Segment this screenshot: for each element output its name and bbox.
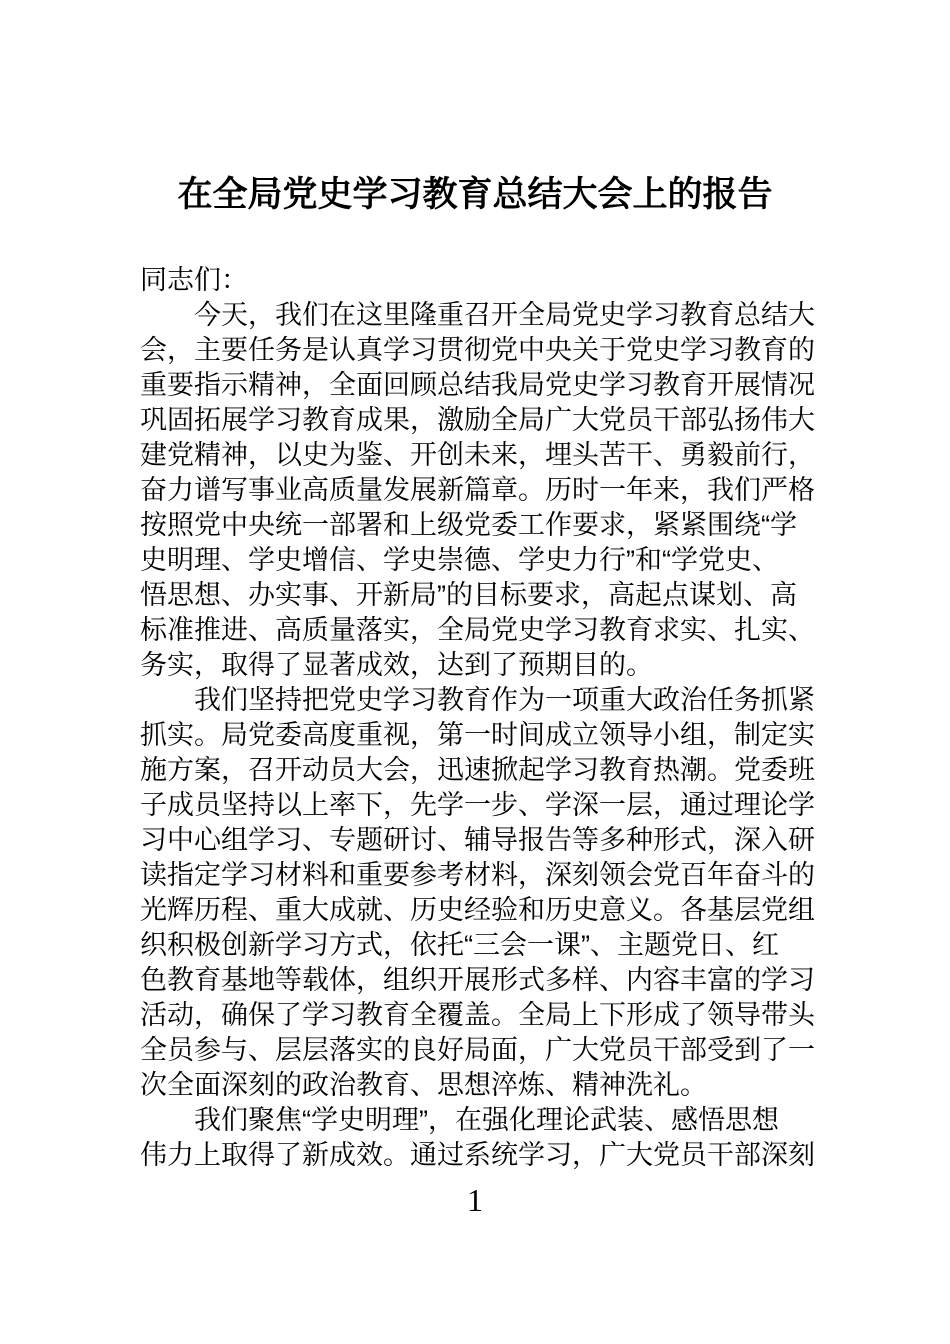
document-title: 在全局党史学习教育总结大会上的报告 (0, 170, 950, 220)
document-body: 同志们： 今天，我们在这里隆重召开全局党史学习教育总结大 会，主要任务是认真学习… (140, 263, 816, 1173)
paragraph-opening: 今天，我们在这里隆重召开全局党史学习教育总结大 会，主要任务是认真学习贯彻党中央… (140, 298, 816, 683)
page-number: 1 (0, 1183, 950, 1218)
document-page: 在全局党史学习教育总结大会上的报告 同志们： 今天，我们在这里隆重召开全局党史学… (0, 0, 950, 1344)
salutation-line: 同志们： (140, 263, 816, 298)
paragraph-implementation: 我们坚持把党史学习教育作为一项重大政治任务抓紧 抓实。局党委高度重视，第一时间成… (140, 683, 816, 1103)
paragraph-xueshi-mingli: 我们聚焦“学史明理”，在强化理论武装、感悟思想 伟力上取得了新成效。通过系统学习… (140, 1103, 816, 1173)
